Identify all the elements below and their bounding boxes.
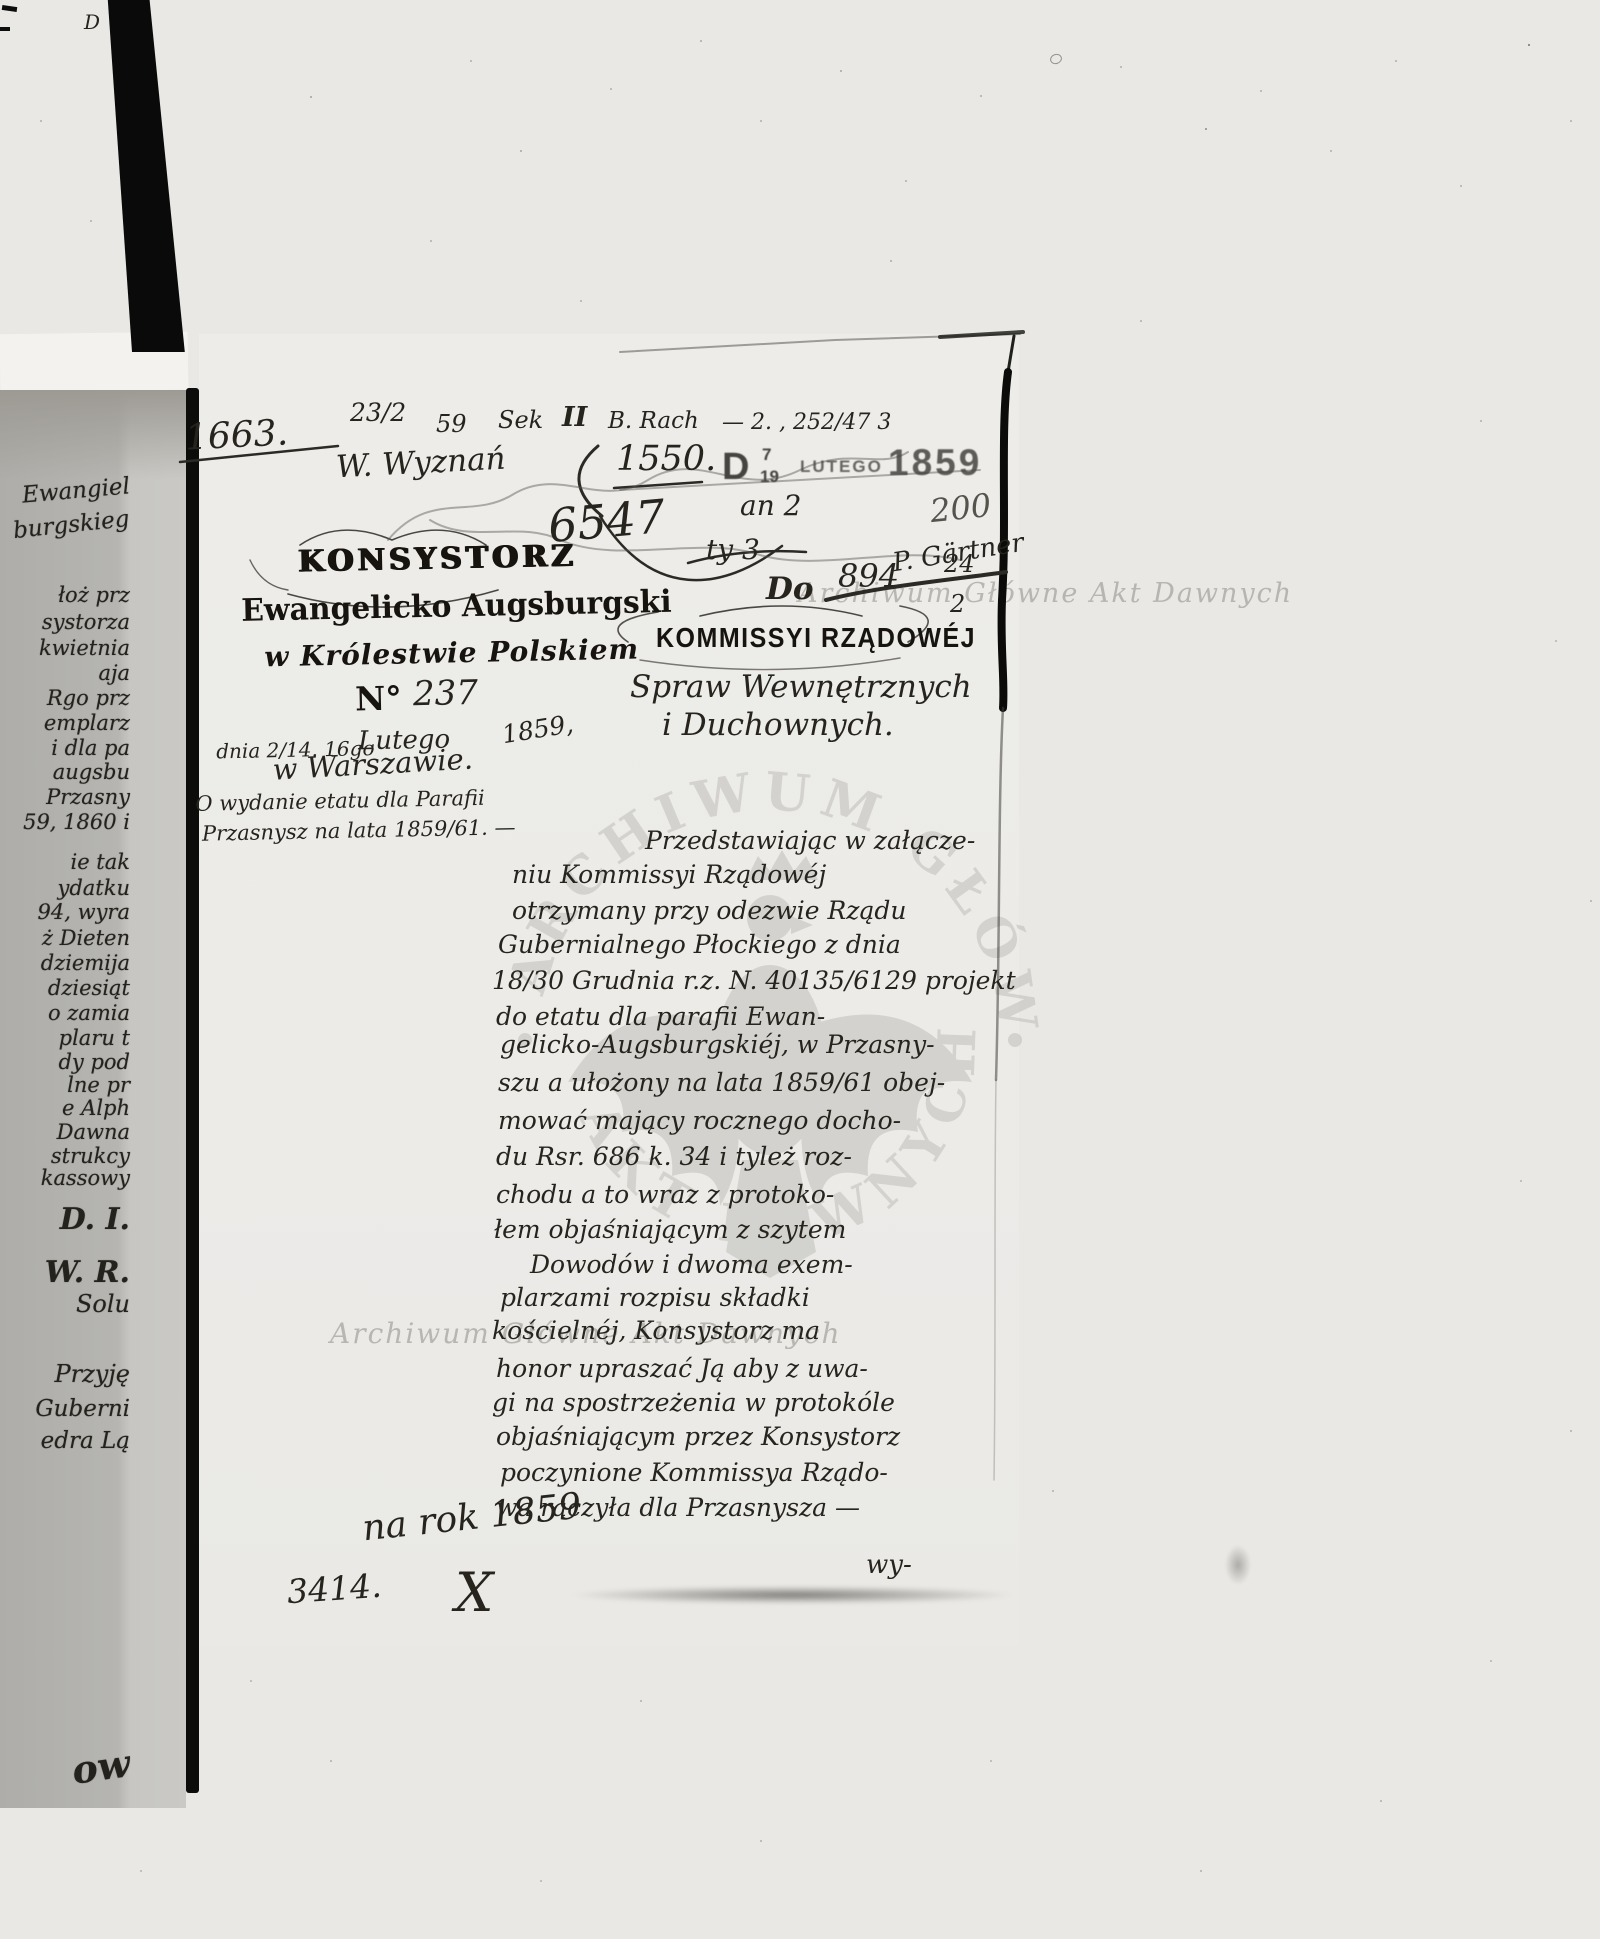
registry-rach: B. Rach bbox=[608, 410, 699, 433]
recipient-title: KOMMISSYI RZĄDOWÉJ bbox=[656, 625, 976, 653]
recipient-line3: i Duchownych. bbox=[662, 710, 894, 741]
body-line: gelicko-Augsburgskiéj, w Przasny- bbox=[500, 1032, 935, 1057]
stamp-day-over: 7 bbox=[762, 446, 771, 463]
stamp-day-under: 19 bbox=[760, 468, 779, 485]
registry-rach-tail: — 2. , 252/47 3 bbox=[722, 412, 891, 434]
letterhead-title: KONSYSTORZ bbox=[298, 542, 577, 578]
body-line: łem objaśniającym z szytem bbox=[494, 1217, 846, 1242]
body-line: Gubernialnego Płockiego z dnia bbox=[498, 932, 901, 957]
stamp-letter: D bbox=[722, 448, 749, 486]
fraction-top: 24 bbox=[944, 552, 975, 576]
body-line: 18/30 Grudnia r.z. N. 40135/6129 projekt bbox=[492, 968, 1016, 993]
registry-sek: Sek bbox=[498, 408, 543, 432]
body-line: mować mający rocznego docho- bbox=[498, 1108, 901, 1133]
body-line: poczynione Kommissya Rządo- bbox=[500, 1460, 888, 1485]
number-value: 237 bbox=[413, 676, 479, 711]
department-note: W. Wyznań bbox=[335, 444, 506, 484]
body-line: plarzami rozpisu składki bbox=[500, 1285, 810, 1310]
fee-number: 200 bbox=[928, 489, 992, 527]
letterhead-line2: Ewangelicko Augsburgski bbox=[241, 587, 672, 627]
stamp-year: 1859 bbox=[888, 444, 982, 481]
ink-smudge bbox=[570, 1586, 1015, 1604]
body-line: gi na spostrzeżenia w protokóle bbox=[492, 1390, 895, 1415]
body-line: chodu a to wraz z protoko- bbox=[496, 1182, 834, 1207]
crossed-number: 894 bbox=[838, 560, 899, 592]
recipient-line2: Spraw Wewnętrznych bbox=[630, 672, 972, 703]
page-number: 3414. bbox=[286, 1569, 383, 1609]
body-line: Dowodów i dwoma exem- bbox=[530, 1252, 853, 1277]
registry-date-fraction: 23/2 bbox=[350, 400, 406, 425]
annotation-an: an 2 bbox=[740, 492, 801, 520]
number-label: N° bbox=[355, 681, 402, 715]
body-line: szu a ułożony na lata 1859/61 obej- bbox=[498, 1070, 945, 1095]
ink-smudge-small bbox=[1225, 1545, 1251, 1585]
registry-roman: II bbox=[562, 404, 587, 431]
fraction-bottom: 2 bbox=[950, 592, 965, 616]
annotation-ty: ty 3 bbox=[706, 536, 760, 564]
body-line: niu Kommissyi Rządowéj bbox=[512, 862, 826, 887]
body-line: Przedstawiając w załącze- bbox=[645, 828, 975, 853]
recipient-do: Do bbox=[766, 574, 814, 605]
body-line: honor upraszać Ją aby z uwa- bbox=[496, 1356, 868, 1381]
letterhead-line3: w Królestwie Polskiem bbox=[264, 636, 639, 672]
body-line: objaśniającym przez Konsystorz bbox=[496, 1424, 900, 1449]
scanned-archive-page: D Ewangiel burgskieg łoż prz systorza kw… bbox=[0, 0, 1600, 1939]
body-line: do etatu dla parafii Ewan- bbox=[496, 1004, 825, 1029]
body-line: du Rsr. 686 k. 34 i tyleż roz- bbox=[496, 1144, 852, 1169]
stamp-month: LUTEGO bbox=[800, 458, 883, 475]
registry-year: 59 bbox=[436, 412, 467, 436]
body-line: kościelnéj, Konsystorz ma bbox=[492, 1318, 820, 1343]
body-line: otrzymany przy odezwie Rządu bbox=[512, 898, 906, 923]
catchword-wy: wy- bbox=[866, 1552, 912, 1578]
x-mark: X bbox=[455, 1566, 493, 1620]
registry-number: 1663. bbox=[184, 415, 289, 456]
case-number: 1550. bbox=[616, 442, 716, 477]
